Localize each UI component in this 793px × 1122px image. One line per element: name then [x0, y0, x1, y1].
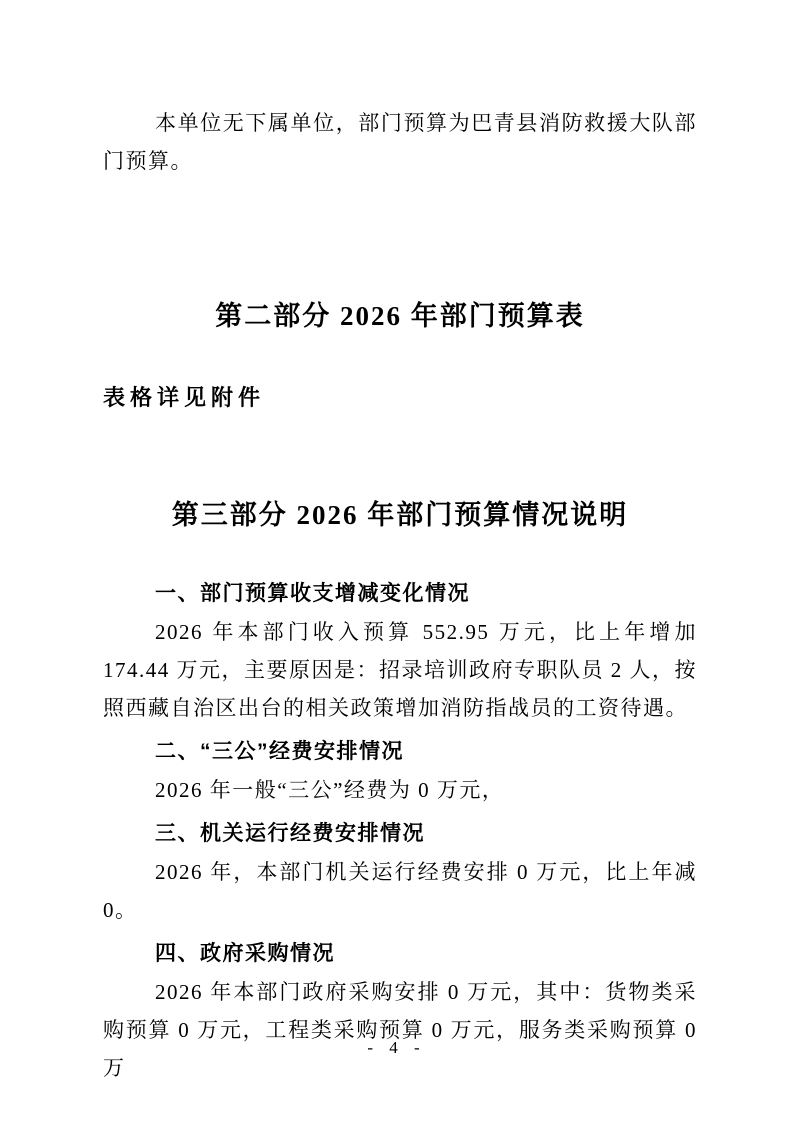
section-4-body: 2026 年本部门政府采购安排 0 万元，其中：货物类采购预算 0 万元，工程类…	[103, 973, 697, 1087]
page-content: 本单位无下属单位，部门预算为巴青县消防救援大队部门预算。 第二部分 2026 年…	[103, 0, 697, 1087]
intro-paragraph: 本单位无下属单位，部门预算为巴青县消防救援大队部门预算。	[103, 104, 697, 180]
document-page: 本单位无下属单位，部门预算为巴青县消防救援大队部门预算。 第二部分 2026 年…	[0, 0, 793, 1122]
part2-heading: 第二部分 2026 年部门预算表	[103, 294, 697, 338]
section-3-title: 三、机关运行经费安排情况	[103, 815, 697, 853]
part3-heading: 第三部分 2026 年部门预算情况说明	[103, 493, 697, 537]
section-4-title: 四、政府采购情况	[103, 935, 697, 973]
section-1-title: 一、部门预算收支增减变化情况	[103, 575, 697, 613]
section-2-body: 2026 年一般“三公”经费为 0 万元，	[103, 771, 697, 809]
section-2-title: 二、“三公”经费安排情况	[103, 733, 697, 771]
page-number: - 4 -	[0, 1038, 793, 1058]
section-3-body: 2026 年，本部门机关运行经费安排 0 万元，比上年减 0。	[103, 853, 697, 929]
section-1-body: 2026 年本部门收入预算 552.95 万元，比上年增加 174.44 万元，…	[103, 613, 697, 727]
attachment-note: 表格详见附件	[103, 379, 697, 417]
